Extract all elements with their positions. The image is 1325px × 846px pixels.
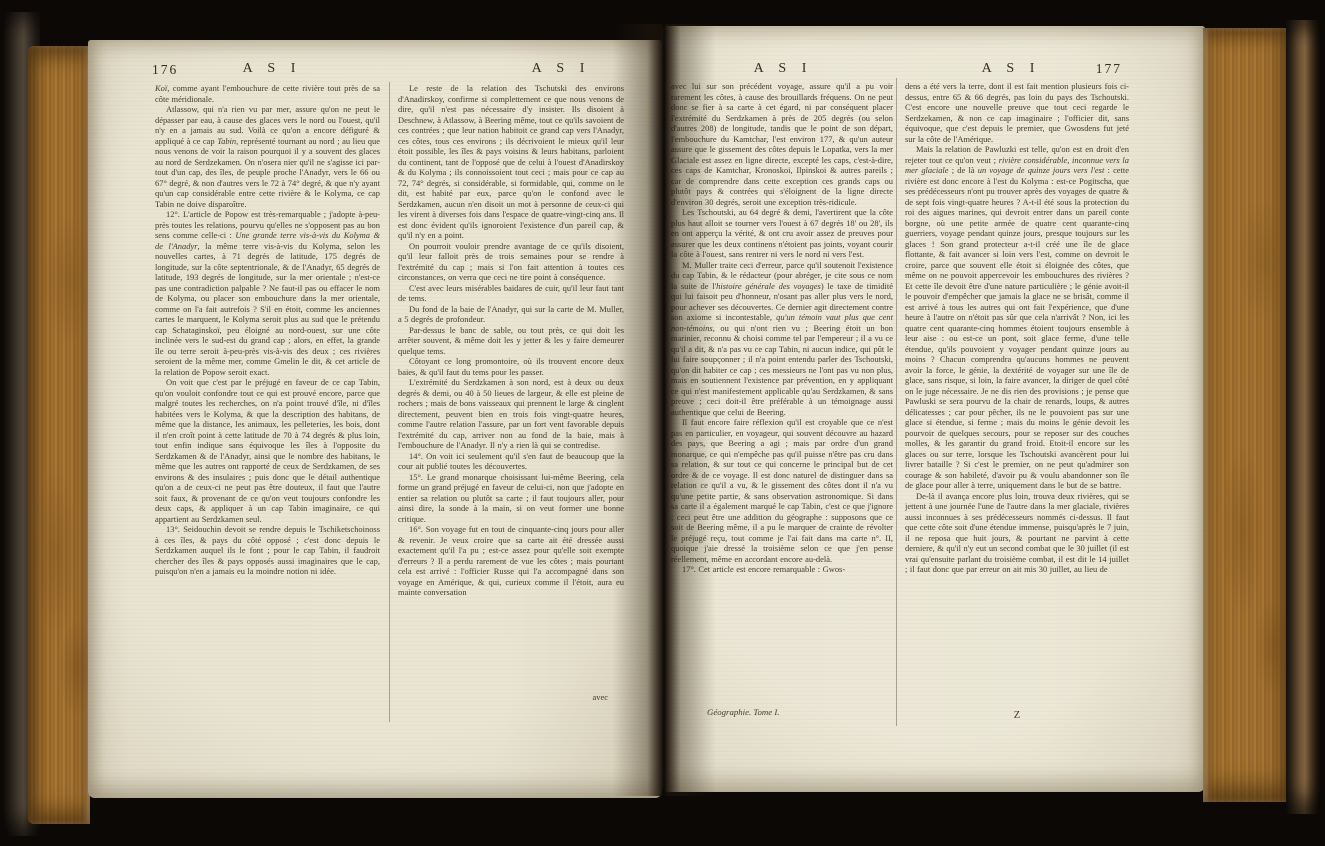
paragraph: Par-dessus le banc de sable, ou tout prè… (398, 325, 624, 357)
right-page: A S I A S I 177 avec lui sur son précéde… (662, 26, 1205, 792)
column-rule-left (389, 82, 390, 722)
paragraph: De-là il avança encore plus loin, trouva… (905, 491, 1129, 575)
left-page: 176 A S I A S I Koï, comme ayant l'embou… (88, 40, 662, 798)
page-number-right: 177 (1062, 61, 1122, 77)
paragraph: Il faut encore faire réflexion qu'il est… (671, 417, 893, 564)
paragraph: avec lui sur son précédent voyage, assur… (671, 81, 893, 207)
left-page-edges (28, 46, 90, 824)
running-header-left-2: A S I (481, 61, 641, 77)
text-column-4: dens a été vers la terre, dont il est fa… (905, 81, 1129, 709)
book: 176 A S I A S I Koï, comme ayant l'embou… (0, 0, 1325, 846)
paragraph: On pourroit vouloir prendre avantage de … (398, 241, 624, 283)
paragraph: 13°. Seidouchin devoit se rendre depuis … (155, 524, 380, 577)
paragraph: C'est avec leurs misérables baidares de … (398, 283, 624, 304)
catchword: avec (518, 692, 608, 702)
paragraph: Les Tschoutski, au 64 degré & demi, l'av… (671, 207, 893, 260)
volume-signature: Géographie. Tome I. (707, 707, 780, 717)
paragraph: On voit que c'est par le préjugé en fave… (155, 377, 380, 524)
running-header-right-1: A S I (703, 61, 863, 77)
text-column-2: Le reste de la relation des Tschutski de… (398, 83, 624, 703)
paragraph: 16°. Son voyage fut en tout de cinquante… (398, 524, 624, 598)
right-page-edges (1203, 28, 1291, 802)
paragraph: Du fond de la baie de l'Anadyr, qui sur … (398, 304, 624, 325)
page-edge-mottle (1203, 28, 1291, 802)
page-edge-mottle (28, 46, 90, 824)
paragraph: Koï, comme ayant l'embouchure de cette r… (155, 83, 380, 104)
text-column-1: Koï, comme ayant l'embouchure de cette r… (155, 83, 380, 711)
paragraph: Côtoyant ce long promontoire, où ils tro… (398, 356, 624, 377)
paragraph: Le reste de la relation des Tschutski de… (398, 83, 624, 241)
paragraph: dens a été vers la terre, dont il est fa… (905, 81, 1129, 144)
paragraph: 15°. Le grand monarque choisissant lui-m… (398, 472, 624, 525)
paragraph: M. Muller traite ceci d'erreur, parce qu… (671, 260, 893, 418)
paragraph: 14°. On voit ici seulement qu'il s'en fa… (398, 451, 624, 472)
right-cover-leather (1286, 20, 1320, 814)
paragraph: L'extrémité du Serdzkamen à son nord, es… (398, 377, 624, 451)
text-column-3: avec lui sur son précédent voyage, assur… (671, 81, 893, 703)
paragraph: 12°. L'article de Popow est très-remarqu… (155, 209, 380, 377)
page-number-left: 176 (152, 62, 178, 78)
paragraph: 17°. Cet article est encore remarquable … (671, 564, 893, 575)
paragraph: Atlassow, qui n'a rien vu par mer, assur… (155, 104, 380, 209)
paragraph: Mais la relation de Pawluzki est telle, … (905, 144, 1129, 491)
gathering-signature-mark: Z (905, 710, 1129, 721)
running-header-left-1: A S I (192, 61, 352, 77)
column-rule-right (896, 78, 897, 726)
